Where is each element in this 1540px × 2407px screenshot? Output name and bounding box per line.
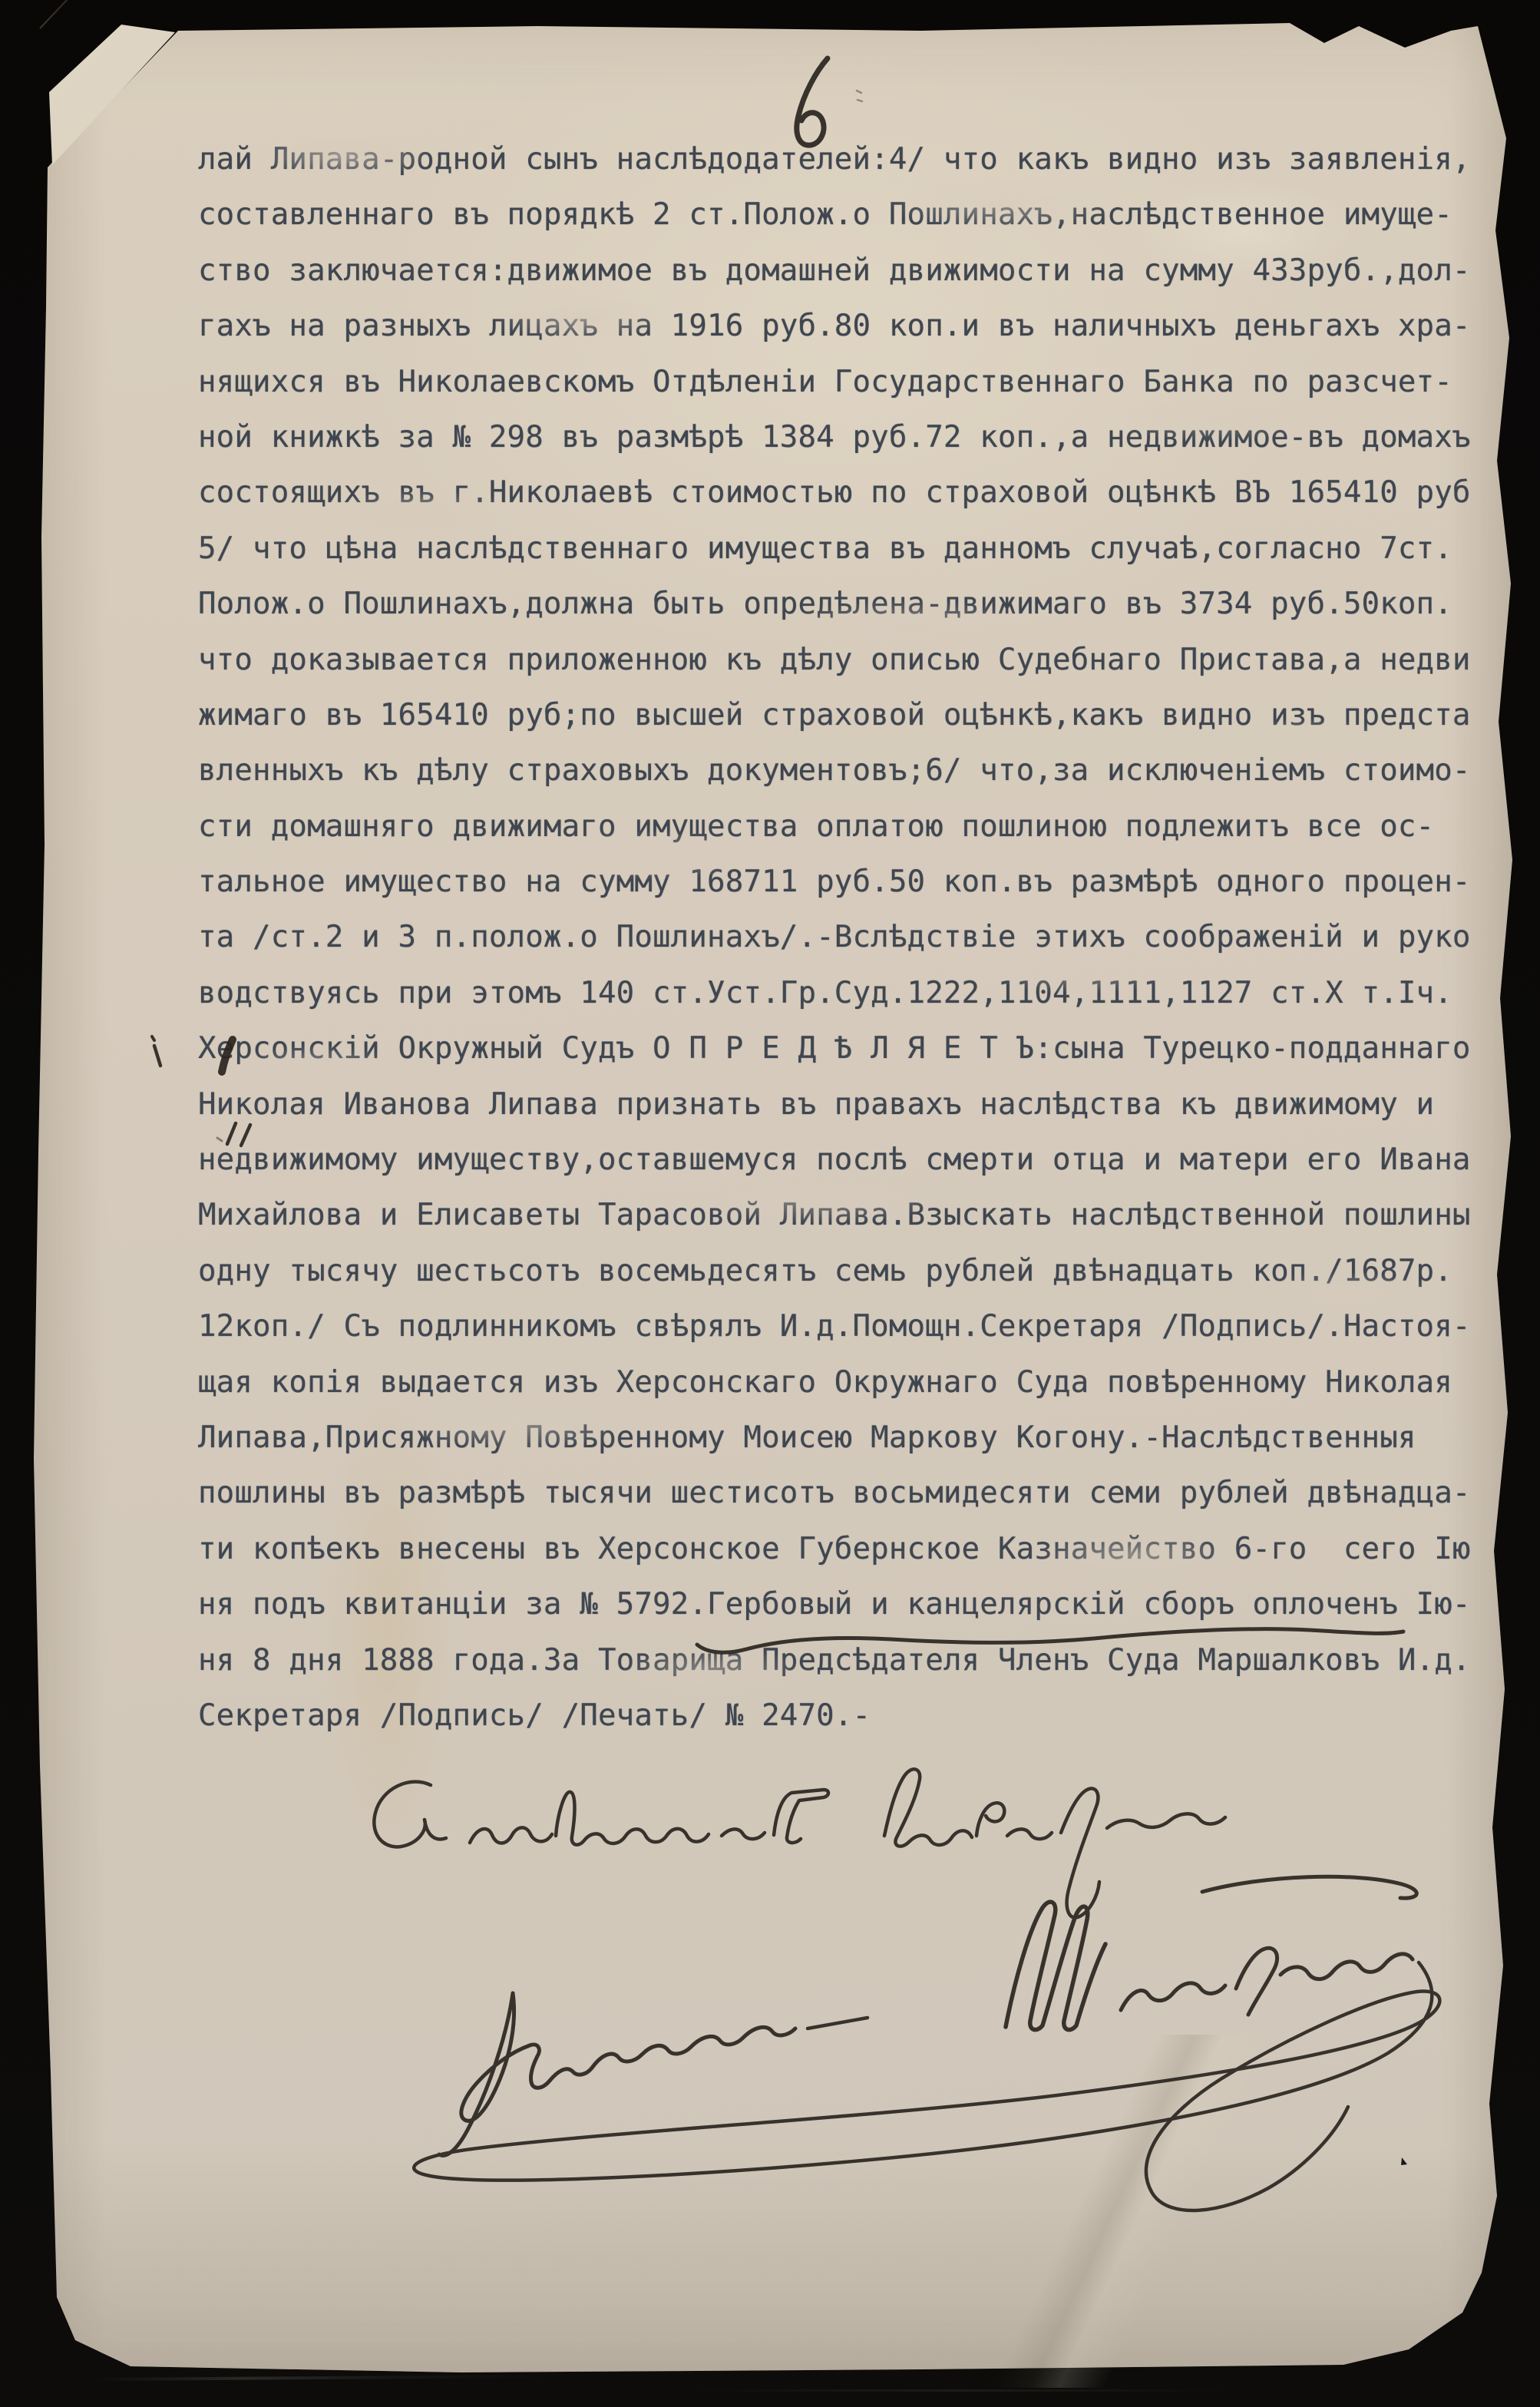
typed-line: 5/ что цѣна наслѣдственнаго имущества въ… (198, 521, 1495, 577)
typed-line: ня 8 дня 1888 года.За Товарища Предсѣдат… (198, 1633, 1495, 1688)
typed-line: Полож.о Пошлинахъ,должна быть опредѣлена… (198, 577, 1495, 632)
typed-line: недвижимому имуществу,оставшемуся послѣ … (198, 1132, 1495, 1188)
typed-text-block: лай Липава-родной сынъ наслѣдодателей:4/… (198, 132, 1495, 1744)
typed-line: Липава,Присяжному Повѣренному Моисею Мар… (198, 1410, 1495, 1466)
typed-line: тальное имущество на сумму 168711 руб.50… (198, 855, 1495, 910)
typed-line: нящихся въ Николаевскомъ Отдѣленіи Госуд… (198, 355, 1495, 410)
typed-line: ня подъ квитанціи за № 5792.Гербовый и к… (198, 1577, 1495, 1632)
typed-line: Херсонскій Окружный Судъ О П Р Е Д Ѣ Л Я… (198, 1021, 1495, 1076)
typed-line: вленныхъ къ дѣлу страховыхъ документовъ;… (198, 743, 1495, 798)
mat-scratch (691, 2389, 1228, 2392)
typed-line: ной книжкѣ за № 298 въ размѣрѣ 1384 руб.… (198, 410, 1495, 465)
scanned-photo: лай Липава-родной сынъ наслѣдодателей:4/… (0, 0, 1540, 2407)
typed-line: 12коп./ Съ подлинникомъ свѣрялъ И.д.Помо… (198, 1299, 1495, 1354)
typed-line: что доказывается приложенною къ дѣлу опи… (198, 633, 1495, 688)
typed-line: Секретаря /Подпись/ /Печать/ № 2470.- (198, 1688, 1495, 1744)
typed-line: одну тысячу шестьсотъ восемьдесятъ семь … (198, 1244, 1495, 1299)
typed-line: пошлины въ размѣрѣ тысячи шестисотъ вось… (198, 1466, 1495, 1521)
typed-line: Николая Иванова Липава признать въ права… (198, 1077, 1495, 1132)
fold-crease-line (39, 0, 173, 29)
typed-line: составленнаго въ порядкѣ 2 ст.Полож.о По… (198, 187, 1495, 243)
typed-line: ти копѣекъ внесены въ Херсонское Губернс… (198, 1522, 1495, 1577)
typed-line: сти домашняго движимаго имущества оплато… (198, 799, 1495, 855)
typed-line: та /ст.2 и 3 п.полож.о Пошлинахъ/.-Вслѣд… (198, 910, 1495, 965)
typed-line: водствуясь при этомъ 140 ст.Уст.Гр.Суд.1… (198, 966, 1495, 1021)
mat-scratch (92, 2375, 553, 2381)
typed-line: лай Липава-родной сынъ наслѣдодателей:4/… (198, 132, 1495, 187)
typed-line: состоящихъ въ г.Николаевѣ стоимостью по … (198, 465, 1495, 521)
typed-line: Михайлова и Елисаветы Тарасовой Липава.В… (198, 1188, 1495, 1243)
typed-line: ство заключается:движимое въ домашней дв… (198, 243, 1495, 299)
typed-line: щая копія выдается изъ Херсонскаго Окруж… (198, 1355, 1495, 1410)
typed-line: жимаго въ 165410 руб;по высшей страховой… (198, 688, 1495, 743)
typed-line: гахъ на разныхъ лицахъ на 1916 руб.80 ко… (198, 299, 1495, 354)
